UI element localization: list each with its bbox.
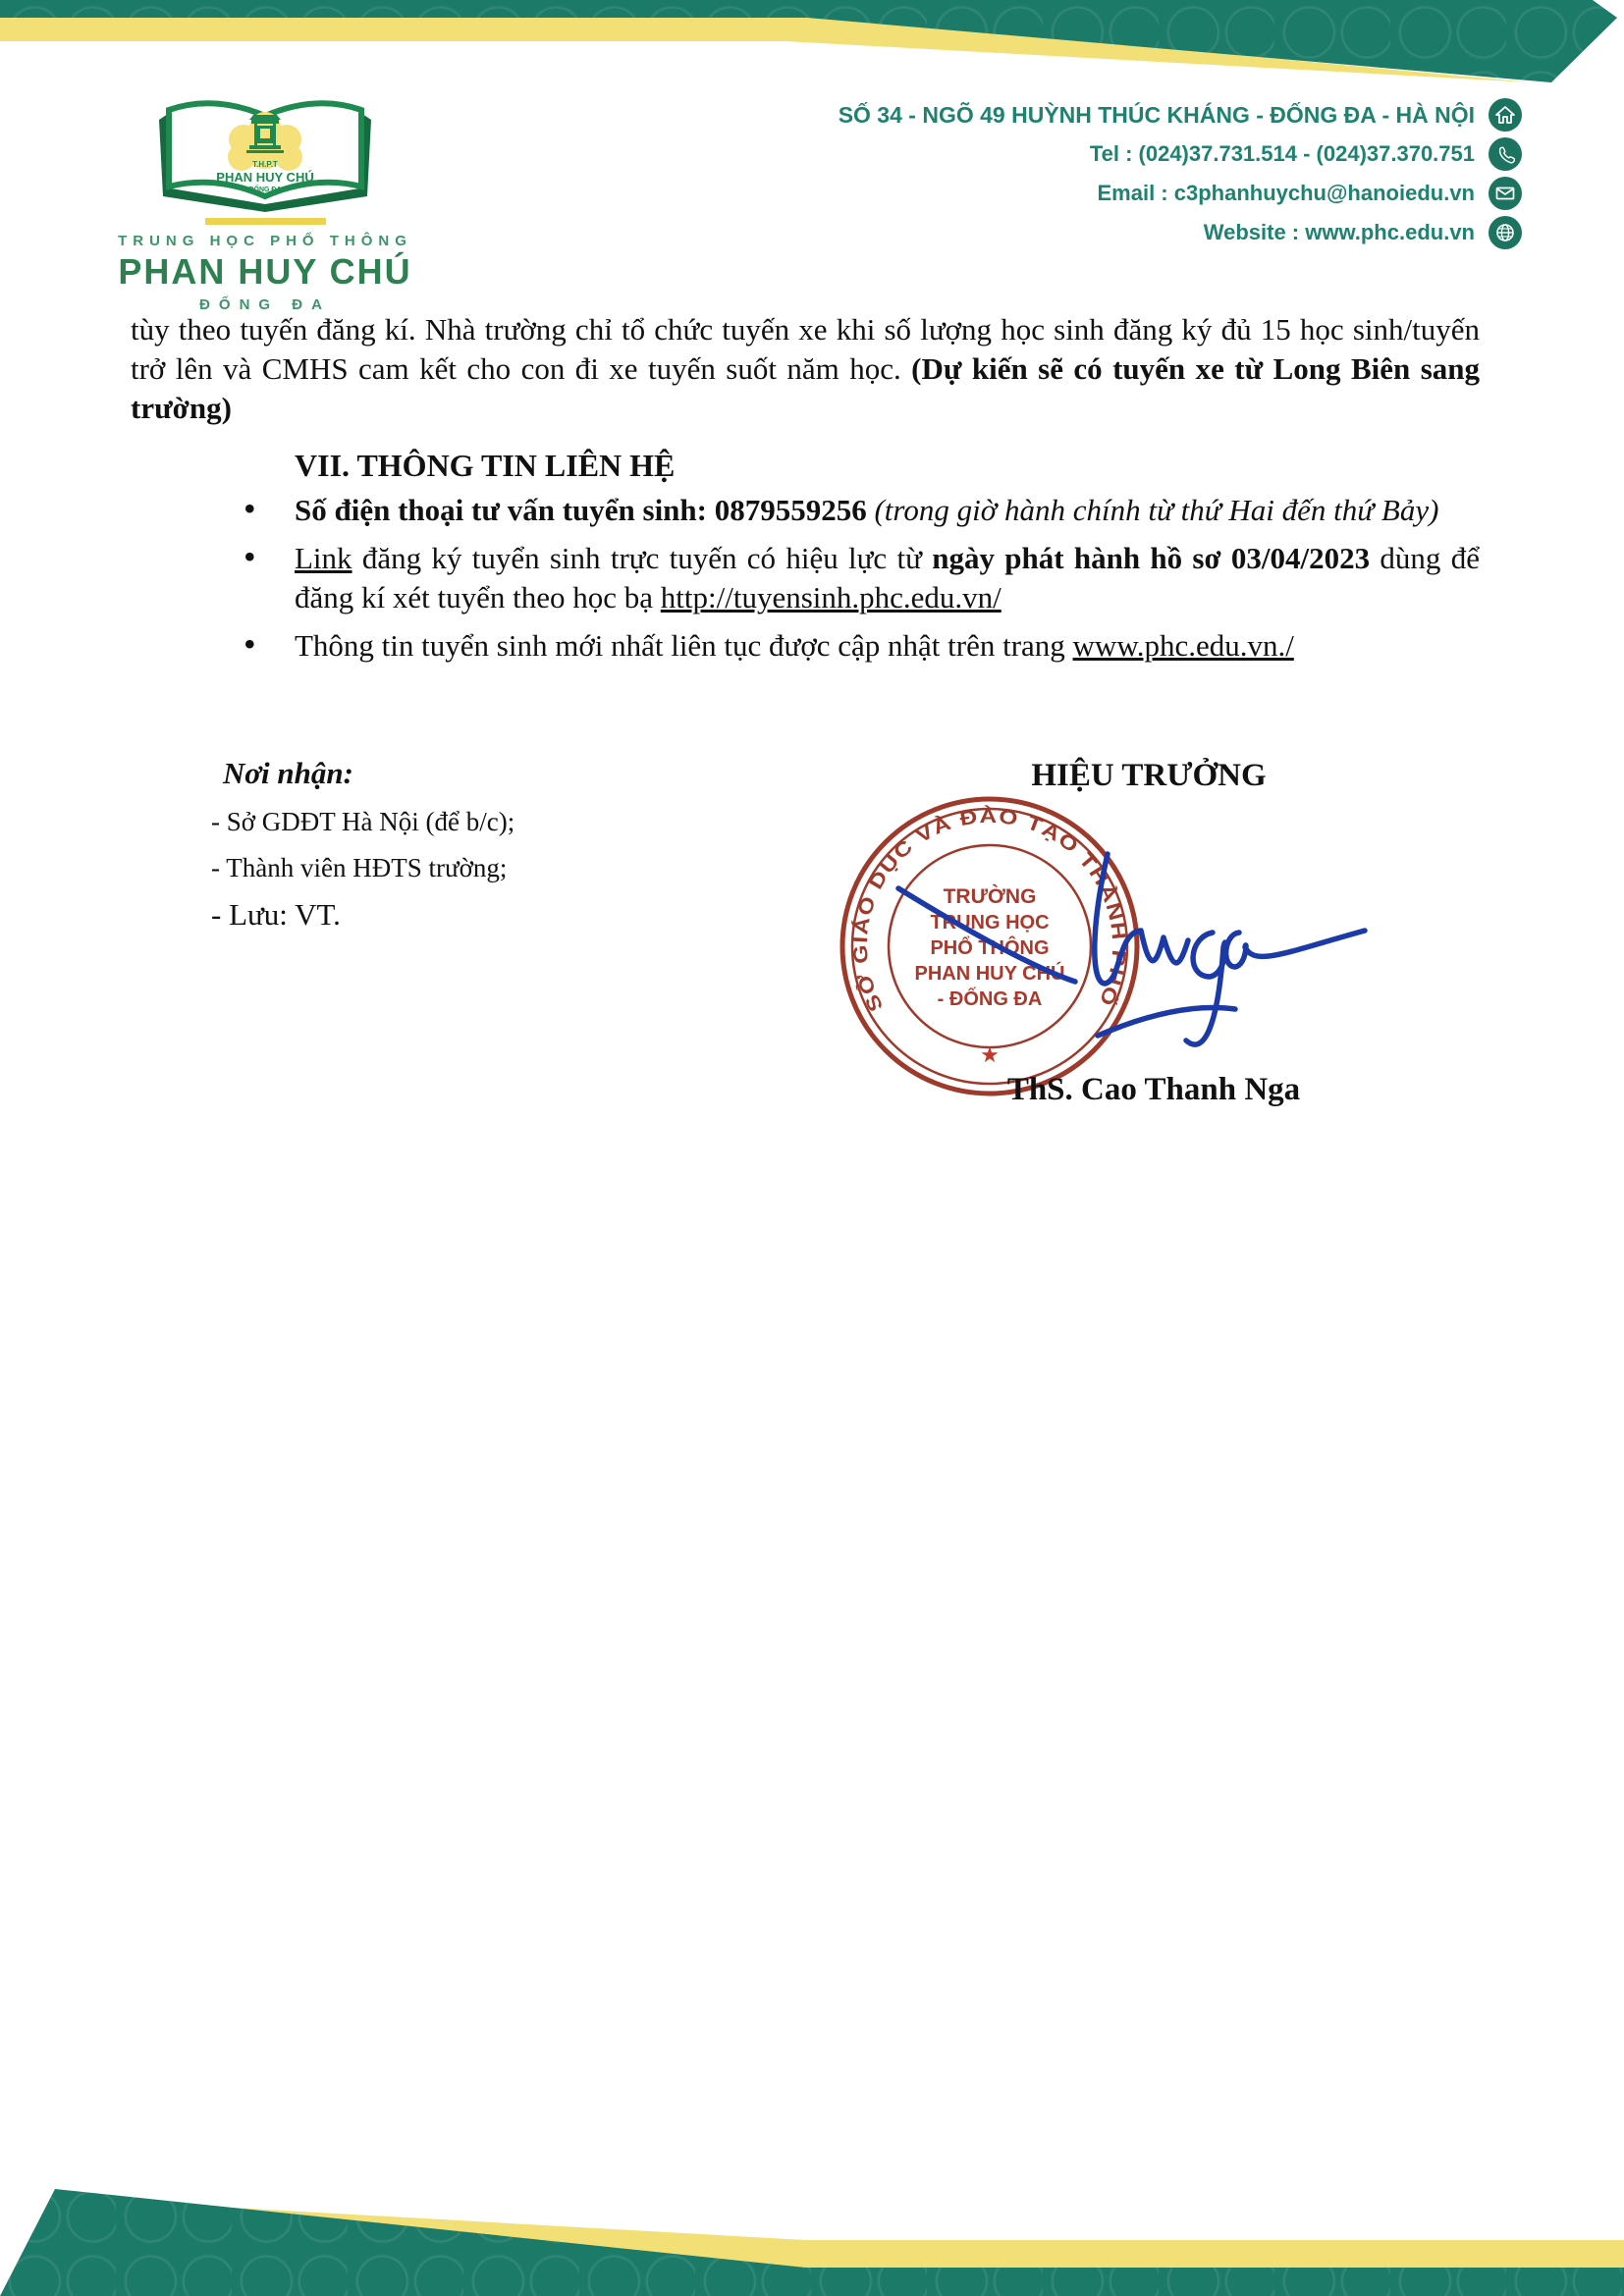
header-contact-block: SỐ 34 - NGÕ 49 HUỲNH THÚC KHÁNG - ĐỐNG Đ… <box>638 95 1522 252</box>
school-logo: T.H.P.T PHAN HUY CHÚ ĐỐNG ĐA TRUNG HỌC P… <box>108 98 422 313</box>
email-row: Email : c3phanhuychu@hanoiedu.vn <box>638 174 1522 213</box>
recipient-line-1: - Sở GDĐT Hà Nội (để b/c); <box>211 807 514 837</box>
school-name: PHAN HUY CHÚ <box>108 251 422 293</box>
handwritten-signature <box>864 834 1399 1075</box>
recipients-heading: Nơi nhận: <box>223 756 514 791</box>
logo-abbr: T.H.P.T <box>252 160 278 169</box>
recipients-block: Nơi nhận: - Sở GDĐT Hà Nội (để b/c); - T… <box>211 756 514 933</box>
tel-text: Tel : (024)37.731.514 - (024)37.370.751 <box>1090 141 1475 167</box>
bottom-decoration <box>0 2184 1624 2296</box>
phone-icon <box>1489 137 1522 171</box>
section-heading-contact-info: VII. THÔNG TIN LIÊN HỆ <box>295 446 1480 485</box>
address-row: SỐ 34 - NGÕ 49 HUỲNH THÚC KHÁNG - ĐỐNG Đ… <box>638 95 1522 134</box>
school-site-link[interactable]: www.phc.edu.vn./ <box>1073 628 1294 663</box>
logo-divider <box>205 218 326 225</box>
school-level: TRUNG HỌC PHỔ THÔNG <box>108 233 422 249</box>
hotline-hours: (trong giờ hành chính từ thứ Hai đến thứ… <box>874 493 1438 527</box>
logo-book-icon: T.H.P.T PHAN HUY CHÚ ĐỐNG ĐA <box>153 98 377 214</box>
top-green-band <box>0 0 1624 94</box>
registration-url-link[interactable]: http://tuyensinh.phc.edu.vn/ <box>661 580 1001 614</box>
mail-icon <box>1489 177 1522 210</box>
list-item-registration-link: Link đăng ký tuyển sinh trực tuyến có hi… <box>295 539 1480 617</box>
website-text: Website : www.phc.edu.vn <box>1204 220 1475 245</box>
email-text: Email : c3phanhuychu@hanoiedu.vn <box>1097 181 1475 206</box>
contact-info-list: Số điện thoại tư vấn tuyển sinh: 0879559… <box>131 491 1480 666</box>
hotline-label: Số điện thoại tư vấn tuyển sinh: 0879559… <box>295 493 874 527</box>
top-decoration <box>0 0 1624 94</box>
registration-text-1: đăng ký tuyển sinh trực tuyến có hiệu lự… <box>352 541 933 575</box>
document-page: T.H.P.T PHAN HUY CHÚ ĐỐNG ĐA TRUNG HỌC P… <box>0 0 1624 2296</box>
recipient-line-2: - Thành viên HĐTS trường; <box>211 853 514 883</box>
issue-date-bold: ngày phát hành hồ sơ 03/04/2023 <box>932 541 1370 575</box>
logo-name-inner: PHAN HUY CHÚ <box>216 170 313 185</box>
tel-row: Tel : (024)37.731.514 - (024)37.370.751 <box>638 134 1522 174</box>
globe-icon <box>1489 216 1522 249</box>
document-body: tùy theo tuyến đăng kí. Nhà trường chỉ t… <box>131 310 1480 674</box>
signer-title: HIỆU TRƯỞNG <box>1001 758 1296 794</box>
list-item-updates: Thông tin tuyển sinh mới nhất liên tục đ… <box>295 626 1480 666</box>
recipient-line-3: - Lưu: VT. <box>211 897 514 933</box>
home-icon <box>1489 98 1522 132</box>
signer-name: ThS. Cao Thanh Nga <box>972 1072 1335 1108</box>
paragraph-bus-routes: tùy theo tuyến đăng kí. Nhà trường chỉ t… <box>131 310 1480 428</box>
address-text: SỐ 34 - NGÕ 49 HUỲNH THÚC KHÁNG - ĐỐNG Đ… <box>839 102 1475 129</box>
link-word: Link <box>295 541 352 575</box>
updates-text: Thông tin tuyển sinh mới nhất liên tục đ… <box>295 628 1073 663</box>
website-row: Website : www.phc.edu.vn <box>638 213 1522 252</box>
list-item-hotline: Số điện thoại tư vấn tuyển sinh: 0879559… <box>295 491 1480 530</box>
